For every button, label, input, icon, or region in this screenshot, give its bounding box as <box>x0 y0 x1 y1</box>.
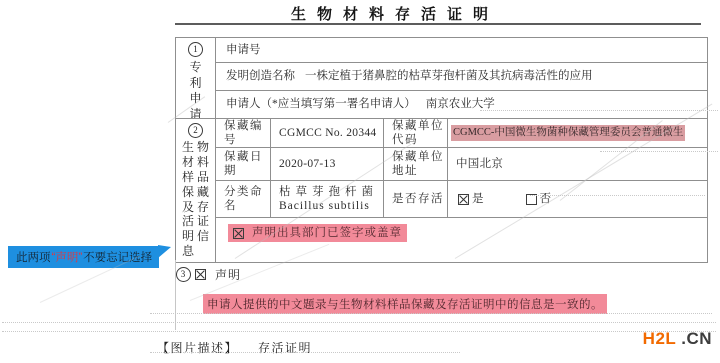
section1-number-icon: 1 <box>188 42 203 57</box>
section3-header: 3 声明 <box>176 260 705 283</box>
section1-side-label: 专利申请 <box>189 60 202 119</box>
certificate-table: 1 专利申请 申请号 发明创造名称 一株定植于猪鼻腔的枯草芽孢杆菌及其抗病毒活性… <box>175 37 708 263</box>
dept-declaration-row: 声明出具部门已签字或盖章 <box>216 218 707 262</box>
page-title: 生物材料存活证明 <box>180 3 610 24</box>
taxonomy-value-latin: Bacillus subtilis <box>279 199 370 213</box>
row-applicant: 申请人（*应当填写第一署名申请人） 南京农业大学 <box>216 91 707 119</box>
dept-signed-checkbox-icon[interactable] <box>233 228 244 239</box>
caption-label: 【图片描述】 <box>157 339 238 356</box>
application-number-label: 申请号 <box>226 43 261 57</box>
deposit-org-code-label: 保藏单位代码 <box>384 119 448 148</box>
survival-yes-checkbox-icon[interactable] <box>458 194 469 205</box>
deposit-org-address-label: 保藏单位地址 <box>384 148 448 181</box>
taxonomy-value-cell: 枯草芽孢杆菌 Bacillus subtilis <box>271 181 384 218</box>
section2-side-label-col2: 物料品藏存证信 <box>197 140 210 259</box>
invention-title-value: 一株定植于猪鼻腔的枯草芽孢杆菌及其抗病毒活性的应用 <box>305 69 593 83</box>
scan-dotted-line <box>150 352 460 353</box>
section3-declaration: 3 声明 申请人提供的中文题录与生物材料样品保藏及存活证明中的信息是一致的。 <box>176 260 705 314</box>
scanned-certificate-page: 生物材料存活证明 1 专利申请 申请号 发明创造名称 一株定植于猪鼻腔的枯草芽孢… <box>0 0 720 363</box>
scan-dotted-line <box>2 322 716 323</box>
deposit-number-value: CGMCC No. 20344 <box>271 119 384 148</box>
section3-number-icon: 3 <box>176 267 191 282</box>
row-application-number: 申请号 <box>216 38 707 63</box>
scan-dotted-line <box>150 313 712 314</box>
invention-title-label: 发明创造名称 <box>226 69 295 83</box>
caption-value: 存活证明 <box>258 339 312 356</box>
dept-declaration-highlight: 声明出具部门已签字或盖章 <box>228 224 407 242</box>
scan-dotted-line <box>600 151 718 152</box>
survival-option-no[interactable]: 否 <box>526 192 552 206</box>
image-caption: 【图片描述】 存活证明 <box>157 339 312 356</box>
deposit-number-label: 保藏编号 <box>216 119 271 148</box>
row-invention-title: 发明创造名称 一株定植于猪鼻腔的枯草芽孢杆菌及其抗病毒活性的应用 <box>216 63 707 91</box>
applicant-label: 申请人（*应当填写第一署名申请人） <box>226 97 416 111</box>
scan-dotted-line <box>2 331 716 332</box>
callout-text-after: 不要忘记选择 <box>83 249 152 265</box>
deposit-org-code-cell: CGMCC-中国微生物菌种保藏管理委员会普通微生 <box>448 119 707 148</box>
scan-dotted-line <box>480 110 718 111</box>
section2-side-header: 2 生材样保及活明息 物料品藏存证信 <box>176 119 216 262</box>
deposit-date-label: 保藏日期 <box>216 148 271 181</box>
section2-number-icon: 2 <box>188 123 203 138</box>
callout-text-em: “声明” <box>52 249 83 265</box>
survival-yes-label: 是 <box>472 192 484 206</box>
survival-label: 是否存活 <box>384 181 448 218</box>
declaration-statement: 申请人提供的中文题录与生物材料样品保藏及存活证明中的信息是一致的。 <box>203 294 607 314</box>
callout-arrow-icon <box>158 245 171 258</box>
deposit-date-value: 2020-07-13 <box>271 148 384 181</box>
site-logo: H2L .CN <box>643 329 712 349</box>
section2-side-label: 生材样保及活明息 物料品藏存证信 <box>182 140 210 259</box>
section2-side-label-col1: 生材样保及活明息 <box>182 140 195 259</box>
declaration-checkbox-icon[interactable] <box>195 269 206 280</box>
title-underline <box>175 23 701 25</box>
survival-option-yes[interactable]: 是 <box>458 192 484 206</box>
taxonomy-label: 分类命名 <box>216 181 271 218</box>
section1-side-header: 1 专利申请 <box>176 38 216 119</box>
deposit-org-address-value: 中国北京 <box>448 148 707 181</box>
callout-text-before: 此两项 <box>16 249 51 265</box>
